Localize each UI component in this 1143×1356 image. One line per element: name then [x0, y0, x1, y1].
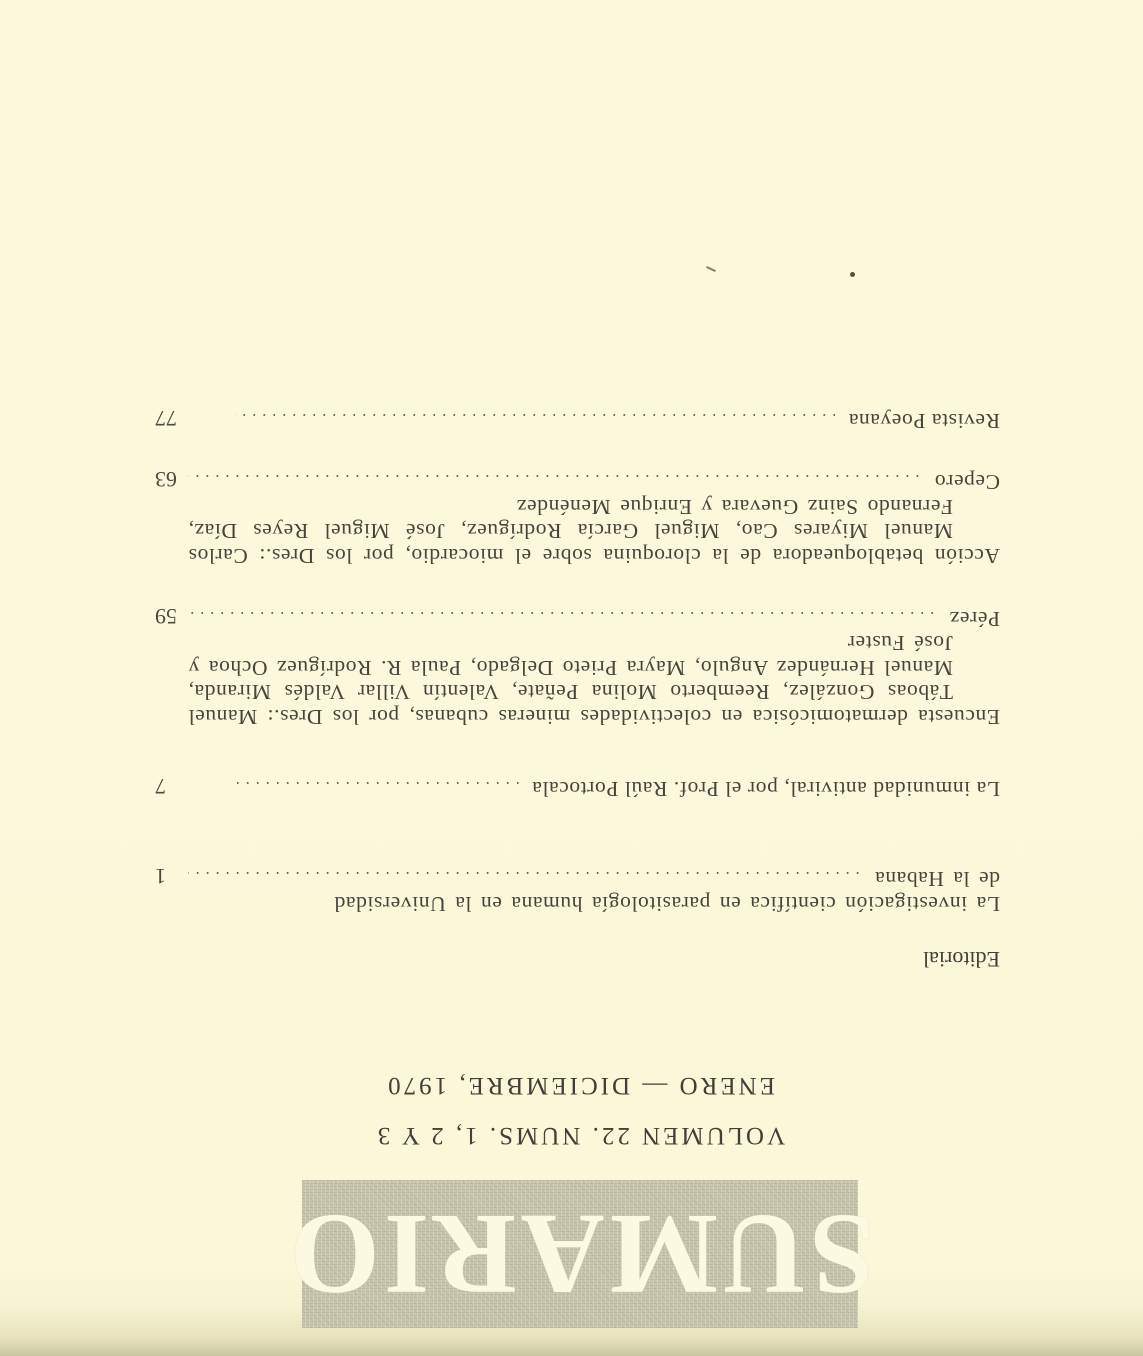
editorial-heading: Editorial	[923, 946, 1000, 972]
dot-leader: ........................................…	[188, 864, 863, 889]
toc-entry[interactable]: La inmunidad antiviral, por el Prof. Raú…	[155, 774, 1000, 802]
date-line: Enero — Diciembre, 1970	[302, 1071, 858, 1099]
dot-leader: ........................................…	[235, 406, 836, 431]
page-number: 63	[155, 467, 215, 492]
dot-leader: ........................................…	[235, 774, 520, 799]
toc-entry-title-end: Pérez	[949, 607, 953, 632]
page-number: 7	[155, 774, 215, 799]
scan-mark	[706, 266, 716, 272]
toc-entry-text: Acción betabloqueadora de la cloroquina …	[188, 467, 1000, 568]
toc-entry-text: Encuesta dermatomicósica en colectividad…	[188, 604, 1000, 730]
toc-entry-text: La investigación científica en parasitol…	[188, 864, 1000, 916]
toc-entry-title-end: de la Habana	[875, 867, 953, 892]
toc-entry-title: Acción betabloqueadora de la cloroquina …	[188, 495, 1000, 568]
scan-speck	[850, 272, 855, 277]
toc-entry[interactable]: Revista Poeyana ........................…	[155, 406, 1000, 434]
toc-entry[interactable]: Acción betabloqueadora de la cloroquina …	[155, 467, 1000, 568]
toc-entry[interactable]: La investigación científica en parasitol…	[155, 864, 1000, 916]
toc-entry-title: La investigación científica en parasitol…	[334, 892, 1000, 916]
toc-entry-title: Revista Poeyana	[848, 409, 1000, 434]
toc-entry-title: La inmunidad antiviral, por el Prof. Raú…	[532, 777, 1000, 802]
scanned-page: SUMARIO Volumen 22. Nums. 1, 2 y 3 Enero…	[0, 0, 1143, 1356]
dot-leader: ........................................…	[188, 604, 937, 629]
page-title: SUMARIO	[286, 1196, 875, 1312]
dot-leader: ........................................…	[188, 467, 922, 492]
toc-entry[interactable]: Encuesta dermatomicósica en colectividad…	[155, 604, 1000, 730]
toc-entry-title: Encuesta dermatomicósica en colectividad…	[188, 632, 1000, 730]
page-number: 77	[155, 406, 215, 431]
toc-entry-title-end: Cepero	[934, 470, 953, 495]
sumario-banner: SUMARIO	[302, 1180, 858, 1328]
page-number: 59	[155, 604, 215, 629]
page-number: 1	[155, 864, 215, 889]
volume-line: Volumen 22. Nums. 1, 2 y 3	[302, 1121, 858, 1149]
